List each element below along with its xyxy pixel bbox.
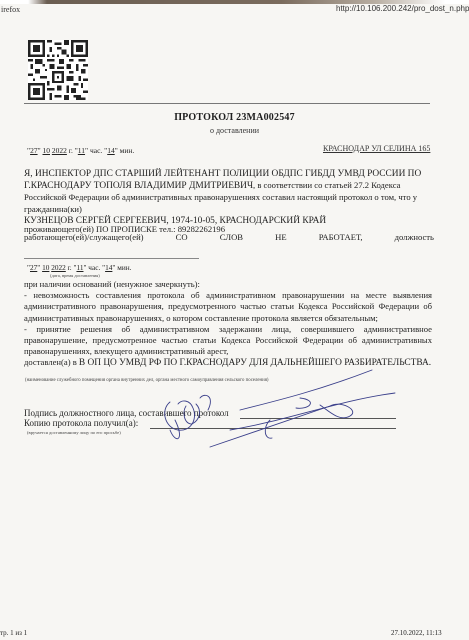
year-suffix: г. bbox=[68, 263, 72, 272]
date-year: 2022 bbox=[52, 146, 67, 155]
protocol-date: "27" 10 2022 г. "11" час. "14" мин. bbox=[27, 146, 134, 155]
delivery-hour: 11 bbox=[76, 263, 83, 272]
copy-received-label: Копию протокола получил(а): bbox=[24, 418, 138, 428]
work-line: работающего(ей)/служащего(ей) СО СЛОВ НЕ… bbox=[24, 232, 434, 243]
copy-received-line bbox=[150, 428, 396, 429]
copy-received-caption: (вручается доставленному лицу по его про… bbox=[27, 430, 121, 435]
delivery-month: 10 bbox=[42, 263, 49, 272]
work-word: НЕ bbox=[275, 232, 286, 243]
protocol-title: ПРОТОКОЛ 23МА002547 bbox=[0, 112, 469, 123]
date-day: 27 bbox=[30, 146, 38, 155]
minute-label: мин. bbox=[120, 146, 135, 155]
work-word: РАБОТАЕТ, bbox=[319, 232, 363, 243]
position-underline bbox=[24, 258, 199, 259]
date-minute: 14 bbox=[107, 146, 115, 155]
official-signature-line bbox=[240, 418, 396, 419]
browser-name: irefox bbox=[1, 5, 20, 14]
year-suffix: г. bbox=[69, 146, 73, 155]
delivery-date: "27" 10 2022 г. "11" час. "14" мин. bbox=[27, 263, 131, 272]
delivered-to: В ОП ЦО УМВД РФ ПО Г.КРАСНОДАРУ ДЛЯ ДАЛЬ… bbox=[79, 358, 431, 368]
page-counter: тр. 1 из 1 bbox=[0, 629, 27, 637]
grounds-intro: при наличии оснований (ненужное зачеркну… bbox=[24, 279, 432, 290]
date-month: 10 bbox=[43, 146, 51, 155]
delivery-minute: 14 bbox=[105, 263, 112, 272]
work-word: СЛОВ bbox=[220, 232, 243, 243]
print-datetime: 27.10.2022, 11:13 bbox=[391, 629, 442, 637]
delivered-caption: (наименование служебного помещения орган… bbox=[25, 378, 433, 384]
ground-2: - принятие решения об административном з… bbox=[24, 324, 432, 358]
delivered-label: доставлен(а) в bbox=[24, 357, 77, 367]
hour-label: час. bbox=[90, 146, 102, 155]
delivery-date-caption: (дата, время доставления) bbox=[50, 273, 100, 278]
date-hour: 11 bbox=[78, 146, 85, 155]
inspector-paragraph: Я, ИНСПЕКТОР ДПС СТАРШИЙ ЛЕЙТЕНАНТ ПОЛИЦ… bbox=[24, 168, 432, 227]
header-divider bbox=[24, 103, 430, 104]
delivery-year: 2022 bbox=[51, 263, 66, 272]
delivery-day: 27 bbox=[30, 263, 37, 272]
qr-code bbox=[28, 40, 88, 100]
ground-1: - невозможность составления протокола об… bbox=[24, 290, 432, 324]
hour-label: час. bbox=[88, 263, 100, 272]
work-word: СО bbox=[176, 232, 188, 243]
work-label: работающего(ей)/служащего(ей) bbox=[24, 232, 144, 243]
position-label: должность bbox=[395, 232, 434, 243]
protocol-subtitle: о доставлении bbox=[0, 126, 469, 135]
protocol-place: КРАСНОДАР УЛ СЕЛИНА 165 bbox=[323, 144, 430, 153]
official-signature-label: Подпись должностного лица, составившего … bbox=[24, 408, 229, 418]
grounds-section: при наличии оснований (ненужное зачеркну… bbox=[24, 279, 432, 370]
page-url: http://10.106.200.242/pro_dost_n.php bbox=[336, 4, 469, 13]
minute-label: мин. bbox=[117, 263, 131, 272]
